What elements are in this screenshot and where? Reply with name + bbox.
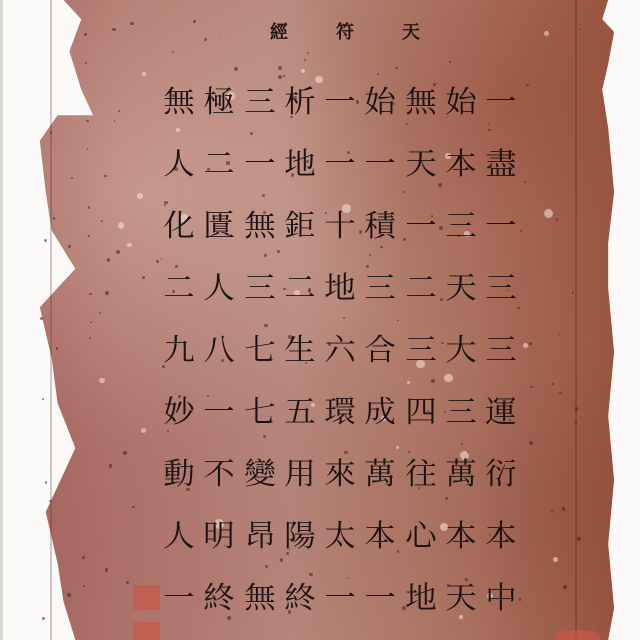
glyph: 人 — [199, 274, 239, 304]
glyph: 始 — [441, 88, 481, 118]
glyph: 一 — [320, 150, 360, 180]
glyph: 積 — [360, 212, 400, 242]
glyph: 來 — [320, 460, 360, 490]
glyph: 大 — [441, 336, 481, 366]
text-row: 衍萬往萬來用變不動 — [160, 444, 520, 506]
glyph: 無 — [401, 88, 441, 118]
glyph: 終 — [199, 584, 239, 614]
glyph: 無 — [240, 584, 280, 614]
glyph: 無 — [240, 212, 280, 242]
glyph: 鉅 — [280, 212, 320, 242]
glyph: 一 — [240, 150, 280, 180]
text-row: 一三一積十鉅無匱化 — [160, 196, 520, 258]
title-char: 天 — [402, 18, 420, 44]
glyph: 二 — [199, 150, 239, 180]
stain-speck — [67, 593, 71, 597]
text-row: 三天二三地二三人二 — [160, 258, 520, 320]
worn-spot — [141, 428, 146, 433]
glyph: 一 — [360, 584, 400, 614]
stain-speck — [278, 66, 282, 70]
text-row: 一始無始一析三極無 — [160, 72, 520, 134]
glyph: 始 — [360, 88, 400, 118]
red-seal-stamp — [133, 622, 160, 640]
stain-speck — [193, 20, 196, 23]
glyph: 心 — [401, 522, 441, 552]
stain-speck — [101, 220, 103, 222]
text-row: 盡本天一一地一二人 — [160, 134, 520, 196]
text-row: 中天地一一終無終一 — [160, 568, 520, 630]
glyph: 一 — [320, 88, 360, 118]
glyph: 盡 — [481, 150, 521, 180]
stain-speck — [579, 29, 581, 31]
glyph: 二 — [280, 274, 320, 304]
stain-speck — [559, 392, 561, 394]
stain-speck — [530, 386, 532, 388]
stain-speck — [44, 239, 47, 242]
glyph: 環 — [320, 398, 360, 428]
stain-speck — [105, 291, 109, 295]
glyph: 陽 — [280, 522, 320, 552]
stain-speck — [88, 235, 90, 237]
glyph: 一 — [199, 398, 239, 428]
stain-speck — [575, 407, 579, 411]
glyph: 本 — [481, 522, 521, 552]
glyph: 析 — [280, 88, 320, 118]
stain-speck — [86, 120, 89, 123]
glyph: 一 — [360, 150, 400, 180]
glyph: 明 — [199, 522, 239, 552]
text-row: 運三四成環五七一妙 — [160, 382, 520, 444]
glyph: 動 — [159, 460, 199, 490]
glyph: 萬 — [360, 460, 400, 490]
text-row: 本本心本太陽昂明人 — [160, 506, 520, 568]
glyph: 天 — [401, 150, 441, 180]
stain-speck — [105, 568, 108, 571]
stain-speck — [42, 398, 44, 400]
glyph: 合 — [360, 336, 400, 366]
glyph: 本 — [441, 150, 481, 180]
red-seal-stamp — [133, 585, 160, 610]
stain-speck — [45, 481, 48, 484]
worn-spot — [99, 378, 104, 383]
glyph: 不 — [199, 460, 239, 490]
stain-speck — [142, 276, 145, 279]
title-char: 經 — [270, 18, 288, 44]
glyph: 一 — [481, 212, 521, 242]
glyph: 三 — [481, 336, 521, 366]
stain-speck — [42, 617, 45, 620]
glyph: 中 — [481, 584, 521, 614]
stain-speck — [40, 317, 43, 320]
glyph: 人 — [159, 522, 199, 552]
stain-speck — [123, 451, 126, 454]
glyph: 無 — [159, 88, 199, 118]
glyph: 天 — [441, 584, 481, 614]
red-seal-stamp — [555, 630, 600, 640]
stain-speck — [577, 537, 580, 540]
stain-speck — [49, 500, 52, 503]
stain-speck — [575, 422, 577, 424]
glyph: 一 — [159, 584, 199, 614]
glyph: 七 — [240, 336, 280, 366]
stain-speck — [118, 110, 120, 112]
stain-speck — [234, 67, 238, 71]
glyph: 七 — [240, 398, 280, 428]
worn-spot — [553, 557, 558, 562]
glyph: 化 — [159, 212, 199, 242]
worn-spot — [142, 72, 146, 76]
glyph: 太 — [320, 522, 360, 552]
glyph: 一 — [481, 88, 521, 118]
glyph: 四 — [401, 398, 441, 428]
stain-speck — [563, 585, 567, 589]
glyph: 地 — [280, 150, 320, 180]
glyph: 天 — [441, 274, 481, 304]
stain-speck — [56, 347, 58, 349]
glyph: 三 — [401, 336, 441, 366]
stain-speck — [307, 52, 309, 54]
glyph: 用 — [280, 460, 320, 490]
glyph: 運 — [481, 398, 521, 428]
stain-speck — [529, 441, 533, 445]
stain-speck — [89, 337, 91, 339]
stain-speck — [524, 181, 526, 183]
glyph: 妙 — [159, 398, 199, 428]
glyph: 三 — [481, 274, 521, 304]
glyph: 往 — [401, 460, 441, 490]
stain-speck — [88, 206, 91, 209]
glyph: 本 — [441, 522, 481, 552]
glyph: 極 — [199, 88, 239, 118]
glyph: 三 — [441, 398, 481, 428]
glyph: 人 — [159, 150, 199, 180]
text-row: 三大三合六生七八九 — [160, 320, 520, 382]
glyph: 十 — [320, 212, 360, 242]
glyph: 一 — [320, 584, 360, 614]
stain-speck — [112, 28, 115, 31]
paper-fold-line — [50, 0, 52, 640]
glyph: 三 — [240, 274, 280, 304]
glyph: 本 — [360, 522, 400, 552]
glyph: 昂 — [240, 522, 280, 552]
glyph: 一 — [401, 212, 441, 242]
worn-spot — [118, 222, 125, 229]
page-margin-rule — [0, 0, 3, 640]
glyph: 萬 — [441, 460, 481, 490]
glyph: 三 — [441, 212, 481, 242]
glyph: 生 — [280, 336, 320, 366]
glyph: 匱 — [199, 212, 239, 242]
glyph: 八 — [199, 336, 239, 366]
glyph: 地 — [320, 274, 360, 304]
paper-fold-line — [575, 0, 577, 640]
glyph: 變 — [240, 460, 280, 490]
stain-speck — [85, 62, 87, 64]
glyph: 九 — [159, 336, 199, 366]
stain-speck — [529, 342, 532, 345]
manuscript-text-grid: 一始無始一析三極無盡本天一一地一二人一三一積十鉅無匱化三天二三地二三人二三大三合… — [160, 72, 520, 630]
glyph: 成 — [360, 398, 400, 428]
glyph: 二 — [401, 274, 441, 304]
glyph: 衍 — [481, 460, 521, 490]
glyph: 五 — [280, 398, 320, 428]
manuscript-title: 天 符 經 — [270, 18, 420, 44]
title-char: 符 — [336, 18, 354, 44]
stain-speck — [84, 33, 87, 36]
worn-spot — [544, 209, 553, 218]
glyph: 六 — [320, 336, 360, 366]
glyph: 二 — [159, 274, 199, 304]
glyph: 三 — [360, 274, 400, 304]
stain-speck — [50, 131, 52, 133]
glyph: 終 — [280, 584, 320, 614]
stain-speck — [68, 245, 71, 248]
glyph: 三 — [240, 88, 280, 118]
glyph: 地 — [401, 584, 441, 614]
